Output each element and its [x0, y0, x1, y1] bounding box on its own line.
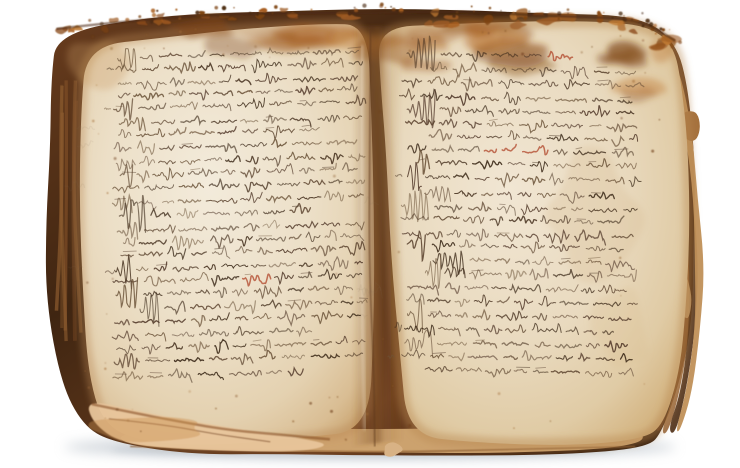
photo-canvas [0, 0, 740, 468]
manuscript-book-photo [0, 0, 740, 468]
gutter-fold [352, 26, 404, 457]
